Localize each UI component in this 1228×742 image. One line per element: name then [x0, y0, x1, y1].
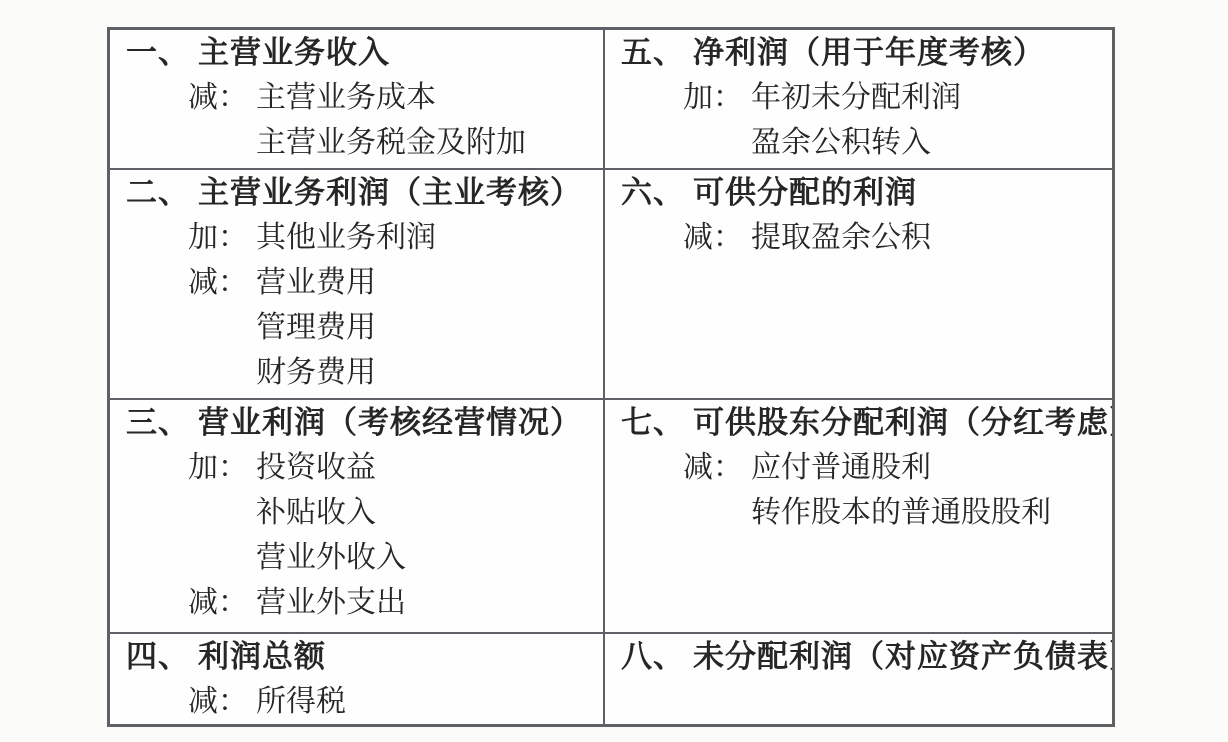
section-title: 二、主营业务利润（主业考核） [126, 170, 593, 215]
line-item-text: 应付普通股利 [751, 445, 931, 490]
profit-statement-table: 一、主营业务收入 减：主营业务成本 主营业务税金及附加 五、净利润（用于年度考核… [107, 27, 1115, 727]
section-title-text: 营业利润（考核经营情况） [198, 405, 582, 440]
section-6-distributable-profit: 六、可供分配的利润 减：提取盈余公积 [603, 168, 1112, 398]
section-number: 四、 [126, 639, 190, 674]
section-title: 三、营业利润（考核经营情况） [126, 400, 593, 445]
section-number: 二、 [126, 175, 190, 210]
line-item: 加：投资收益 [126, 445, 593, 490]
line-item-text: 营业费用 [256, 260, 376, 305]
line-item: 加：年初未分配利润 [621, 75, 1102, 120]
section-1-main-business-revenue: 一、主营业务收入 减：主营业务成本 主营业务税金及附加 [110, 30, 603, 168]
section-title: 四、利润总额 [126, 634, 593, 679]
section-title-text: 未分配利润（对应资产负债表） [693, 639, 1112, 674]
section-title: 五、净利润（用于年度考核） [621, 30, 1102, 75]
line-item-text: 管理费用 [256, 305, 376, 350]
section-title-text: 可供分配的利润 [693, 175, 917, 210]
operator-label [188, 305, 256, 350]
line-item-text: 营业外收入 [256, 535, 406, 580]
line-item-text: 财务费用 [256, 350, 376, 395]
operator-label: 减： [188, 260, 256, 305]
line-item: 财务费用 [126, 350, 593, 395]
line-item: 减：所得税 [126, 679, 593, 724]
line-item-text: 补贴收入 [256, 490, 376, 535]
line-item-text: 转作股本的普通股股利 [751, 490, 1051, 535]
operator-label: 加： [188, 215, 256, 260]
line-item: 营业外收入 [126, 535, 593, 580]
operator-label: 减： [683, 445, 751, 490]
section-title-text: 主营业务利润（主业考核） [198, 175, 582, 210]
line-item: 加：其他业务利润 [126, 215, 593, 260]
section-title-text: 主营业务收入 [198, 35, 390, 70]
operator-label [188, 535, 256, 580]
section-number: 一、 [126, 35, 190, 70]
section-number: 七、 [621, 405, 685, 440]
section-number: 六、 [621, 175, 685, 210]
operator-label [188, 350, 256, 395]
line-item: 盈余公积转入 [621, 120, 1102, 165]
section-number: 五、 [621, 35, 685, 70]
operator-label: 加： [188, 445, 256, 490]
line-item-text: 投资收益 [256, 445, 376, 490]
line-item-text: 年初未分配利润 [751, 75, 961, 120]
line-item-text: 其他业务利润 [256, 215, 436, 260]
line-item: 减：营业费用 [126, 260, 593, 305]
line-item: 管理费用 [126, 305, 593, 350]
line-item: 减：应付普通股利 [621, 445, 1102, 490]
section-title-text: 可供股东分配利润（分红考虑） [693, 405, 1112, 440]
section-8-undistributed-profit: 八、未分配利润（对应资产负债表） [603, 632, 1112, 724]
operator-label: 减： [188, 679, 256, 724]
operator-label: 减： [188, 75, 256, 120]
section-title: 八、未分配利润（对应资产负债表） [621, 634, 1102, 679]
line-item: 主营业务税金及附加 [126, 120, 593, 165]
section-title: 七、可供股东分配利润（分红考虑） [621, 400, 1102, 445]
line-item: 减：提取盈余公积 [621, 215, 1102, 260]
operator-label: 加： [683, 75, 751, 120]
operator-label [188, 120, 256, 165]
line-item-text: 主营业务税金及附加 [256, 120, 526, 165]
line-item-text: 所得税 [256, 679, 346, 724]
operator-label [683, 490, 751, 535]
section-title: 一、主营业务收入 [126, 30, 593, 75]
section-7-shareholder-distributable-profit: 七、可供股东分配利润（分红考虑） 减：应付普通股利 转作股本的普通股股利 [603, 398, 1112, 632]
operator-label: 减： [683, 215, 751, 260]
line-item: 转作股本的普通股股利 [621, 490, 1102, 535]
section-3-operating-profit: 三、营业利润（考核经营情况） 加：投资收益 补贴收入 营业外收入 减：营业外支出 [110, 398, 603, 632]
section-2-main-business-profit: 二、主营业务利润（主业考核） 加：其他业务利润 减：营业费用 管理费用 财务费用 [110, 168, 603, 398]
section-number: 八、 [621, 639, 685, 674]
line-item: 补贴收入 [126, 490, 593, 535]
line-item-text: 主营业务成本 [256, 75, 436, 120]
operator-label [188, 490, 256, 535]
operator-label [683, 120, 751, 165]
line-item: 减：主营业务成本 [126, 75, 593, 120]
line-item-text: 营业外支出 [256, 580, 406, 625]
section-number: 三、 [126, 405, 190, 440]
operator-label: 减： [188, 580, 256, 625]
line-item: 减：营业外支出 [126, 580, 593, 625]
line-item-text: 盈余公积转入 [751, 120, 931, 165]
section-4-total-profit: 四、利润总额 减：所得税 [110, 632, 603, 724]
section-5-net-profit: 五、净利润（用于年度考核） 加：年初未分配利润 盈余公积转入 [603, 30, 1112, 168]
line-item-text: 提取盈余公积 [751, 215, 931, 260]
section-title-text: 利润总额 [198, 639, 326, 674]
section-title: 六、可供分配的利润 [621, 170, 1102, 215]
section-title-text: 净利润（用于年度考核） [693, 35, 1045, 70]
